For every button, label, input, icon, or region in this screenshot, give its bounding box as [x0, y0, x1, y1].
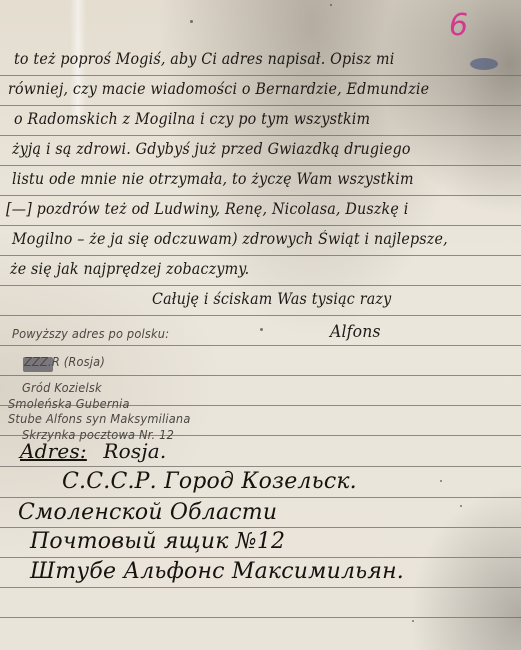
- page-number: 6: [449, 8, 468, 43]
- closing-line: Całuję i ściskam Was tysiąc razy: [152, 290, 391, 308]
- ruled-line: [0, 135, 521, 136]
- paper-speck: [190, 20, 193, 23]
- paper-speck: [440, 480, 442, 482]
- ruled-line: [0, 345, 521, 346]
- address-label: Adres:: [20, 439, 87, 463]
- ink-blot: [470, 58, 498, 70]
- ruled-line: [0, 587, 521, 588]
- ruled-line: [0, 497, 521, 498]
- letter-line: równiej, czy macie wiadomości o Bernardz…: [8, 80, 429, 98]
- ruled-line: [0, 255, 521, 256]
- address-country: Rosja.: [103, 439, 166, 463]
- letter-line: Mogilno – że ja się odczuwam) zdrowych Ś…: [12, 230, 448, 248]
- letter-line: o Radomskich z Mogilna i czy po tym wszy…: [14, 110, 370, 128]
- note-line: ZZZ.R (Rosja): [24, 355, 105, 369]
- ruled-line: [0, 195, 521, 196]
- letter-line: [—] pozdrów też od Ludwiny, Renę, Nicola…: [6, 200, 408, 218]
- ruled-line: [0, 466, 521, 467]
- letter-line: że się jak najprędzej zobaczymy.: [10, 260, 249, 278]
- letter-line: żyją i są zdrowi. Gdybyś już przed Gwiaz…: [12, 140, 411, 158]
- letter-line: to też poproś Mogiś, aby Ci adres napisa…: [14, 50, 394, 68]
- note-line: Stube Alfons syn Maksymiliana: [8, 412, 191, 426]
- ruled-line: [0, 75, 521, 76]
- ruled-line: [0, 557, 521, 558]
- address-line: Штубе Альфонс Максимильян.: [30, 559, 404, 584]
- ruled-line: [0, 617, 521, 618]
- ruled-line: [0, 225, 521, 226]
- ruled-line: [0, 527, 521, 528]
- paper-speck: [260, 328, 263, 331]
- paper-speck: [330, 4, 332, 6]
- address-line: Почтовый ящик №12: [30, 529, 285, 554]
- paper-speck: [412, 620, 414, 622]
- letter-page: 6 to też poproś Mogiś, aby Ci adres napi…: [0, 0, 521, 650]
- note-line: Smoleńska Gubernia: [8, 397, 130, 411]
- note-line: Powyższy adres po polsku:: [12, 327, 169, 341]
- ruled-line: [0, 165, 521, 166]
- note-line: Gród Kozielsk: [22, 381, 102, 395]
- address-line: С.С.С.Р. Город Козельск.: [62, 469, 357, 494]
- ruled-line: [0, 375, 521, 376]
- ruled-line: [0, 285, 521, 286]
- ruled-line: [0, 105, 521, 106]
- letter-line: listu ode mnie nie otrzymała, to życzę W…: [12, 170, 414, 188]
- ruled-line: [0, 315, 521, 316]
- signature: Alfons: [330, 322, 381, 342]
- address-line: Смоленской Области: [18, 500, 277, 525]
- address-header: Adres: Rosja.: [20, 439, 166, 463]
- paper-speck: [460, 505, 462, 507]
